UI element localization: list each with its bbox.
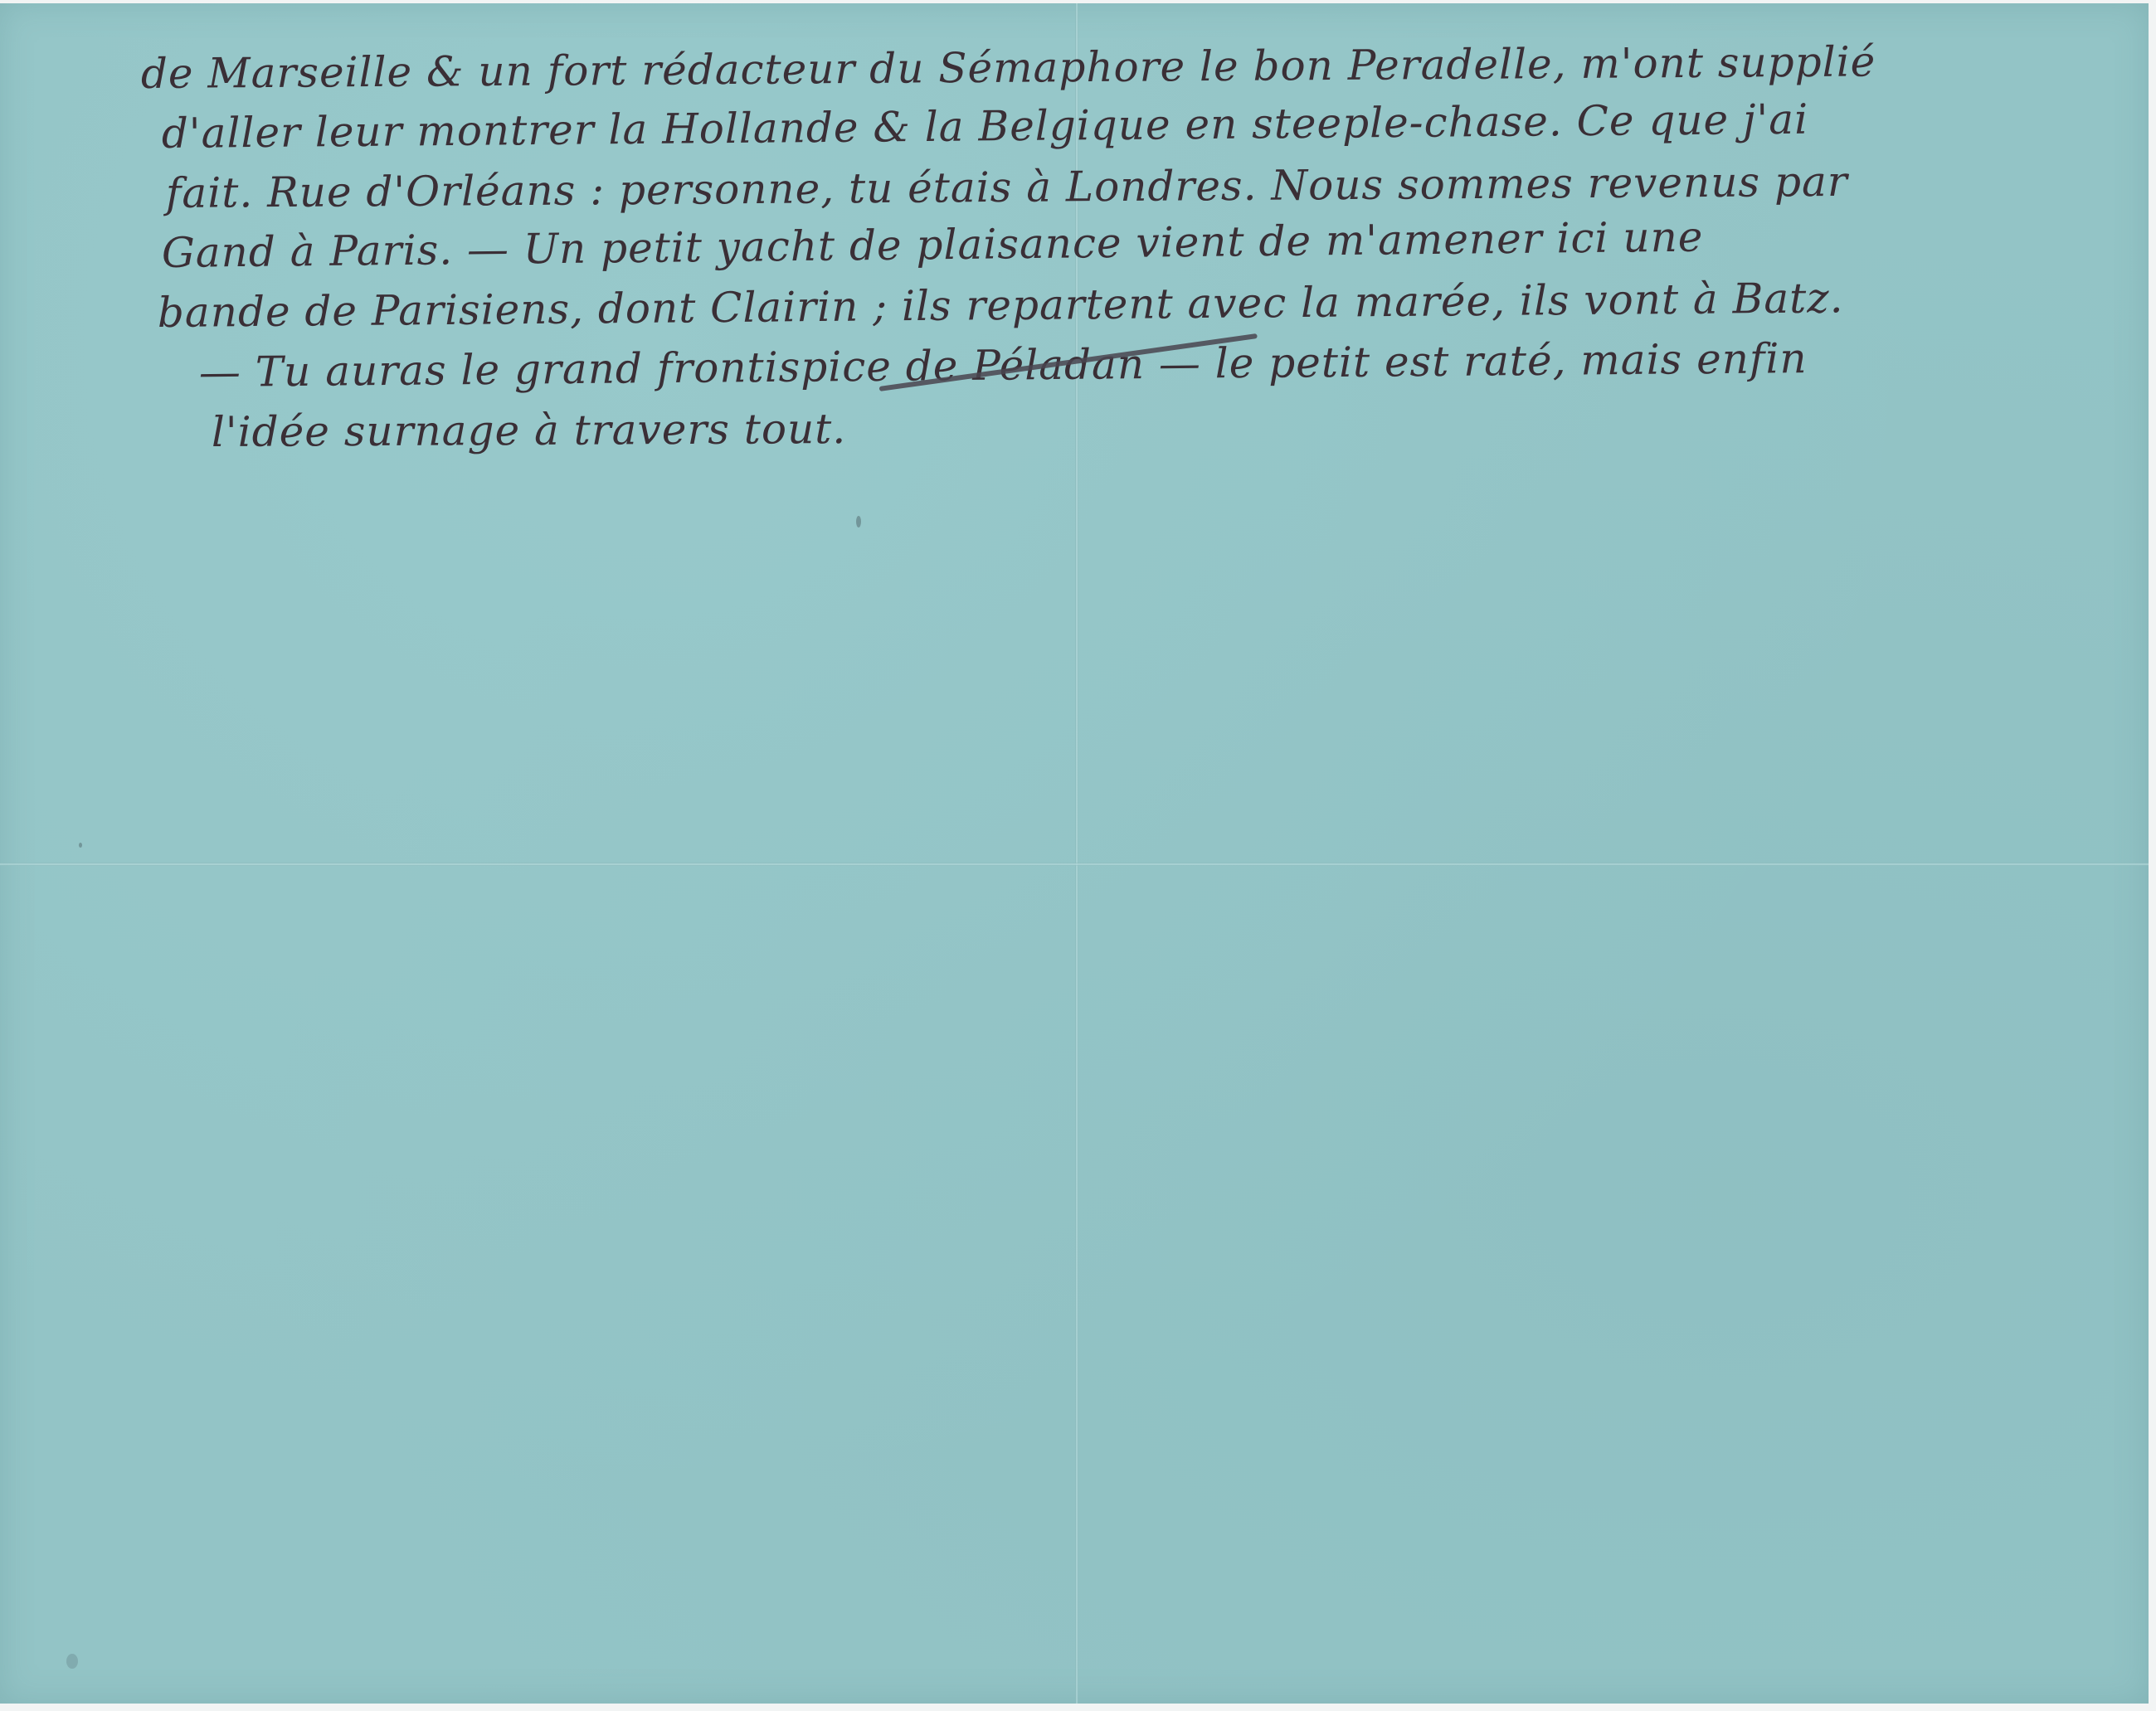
paper-spot: [856, 516, 861, 527]
handwritten-text-block: de Marseille & un fort rédacteur du Séma…: [141, 53, 2099, 471]
paper-spot: [66, 1654, 78, 1669]
horizontal-fold-crease: [0, 863, 2149, 866]
letter-line: l'idée surnage à travers tout.: [212, 401, 2156, 471]
paper-spot: [79, 843, 82, 848]
letter-page: de Marseille & un fort rédacteur du Séma…: [0, 3, 2149, 1704]
